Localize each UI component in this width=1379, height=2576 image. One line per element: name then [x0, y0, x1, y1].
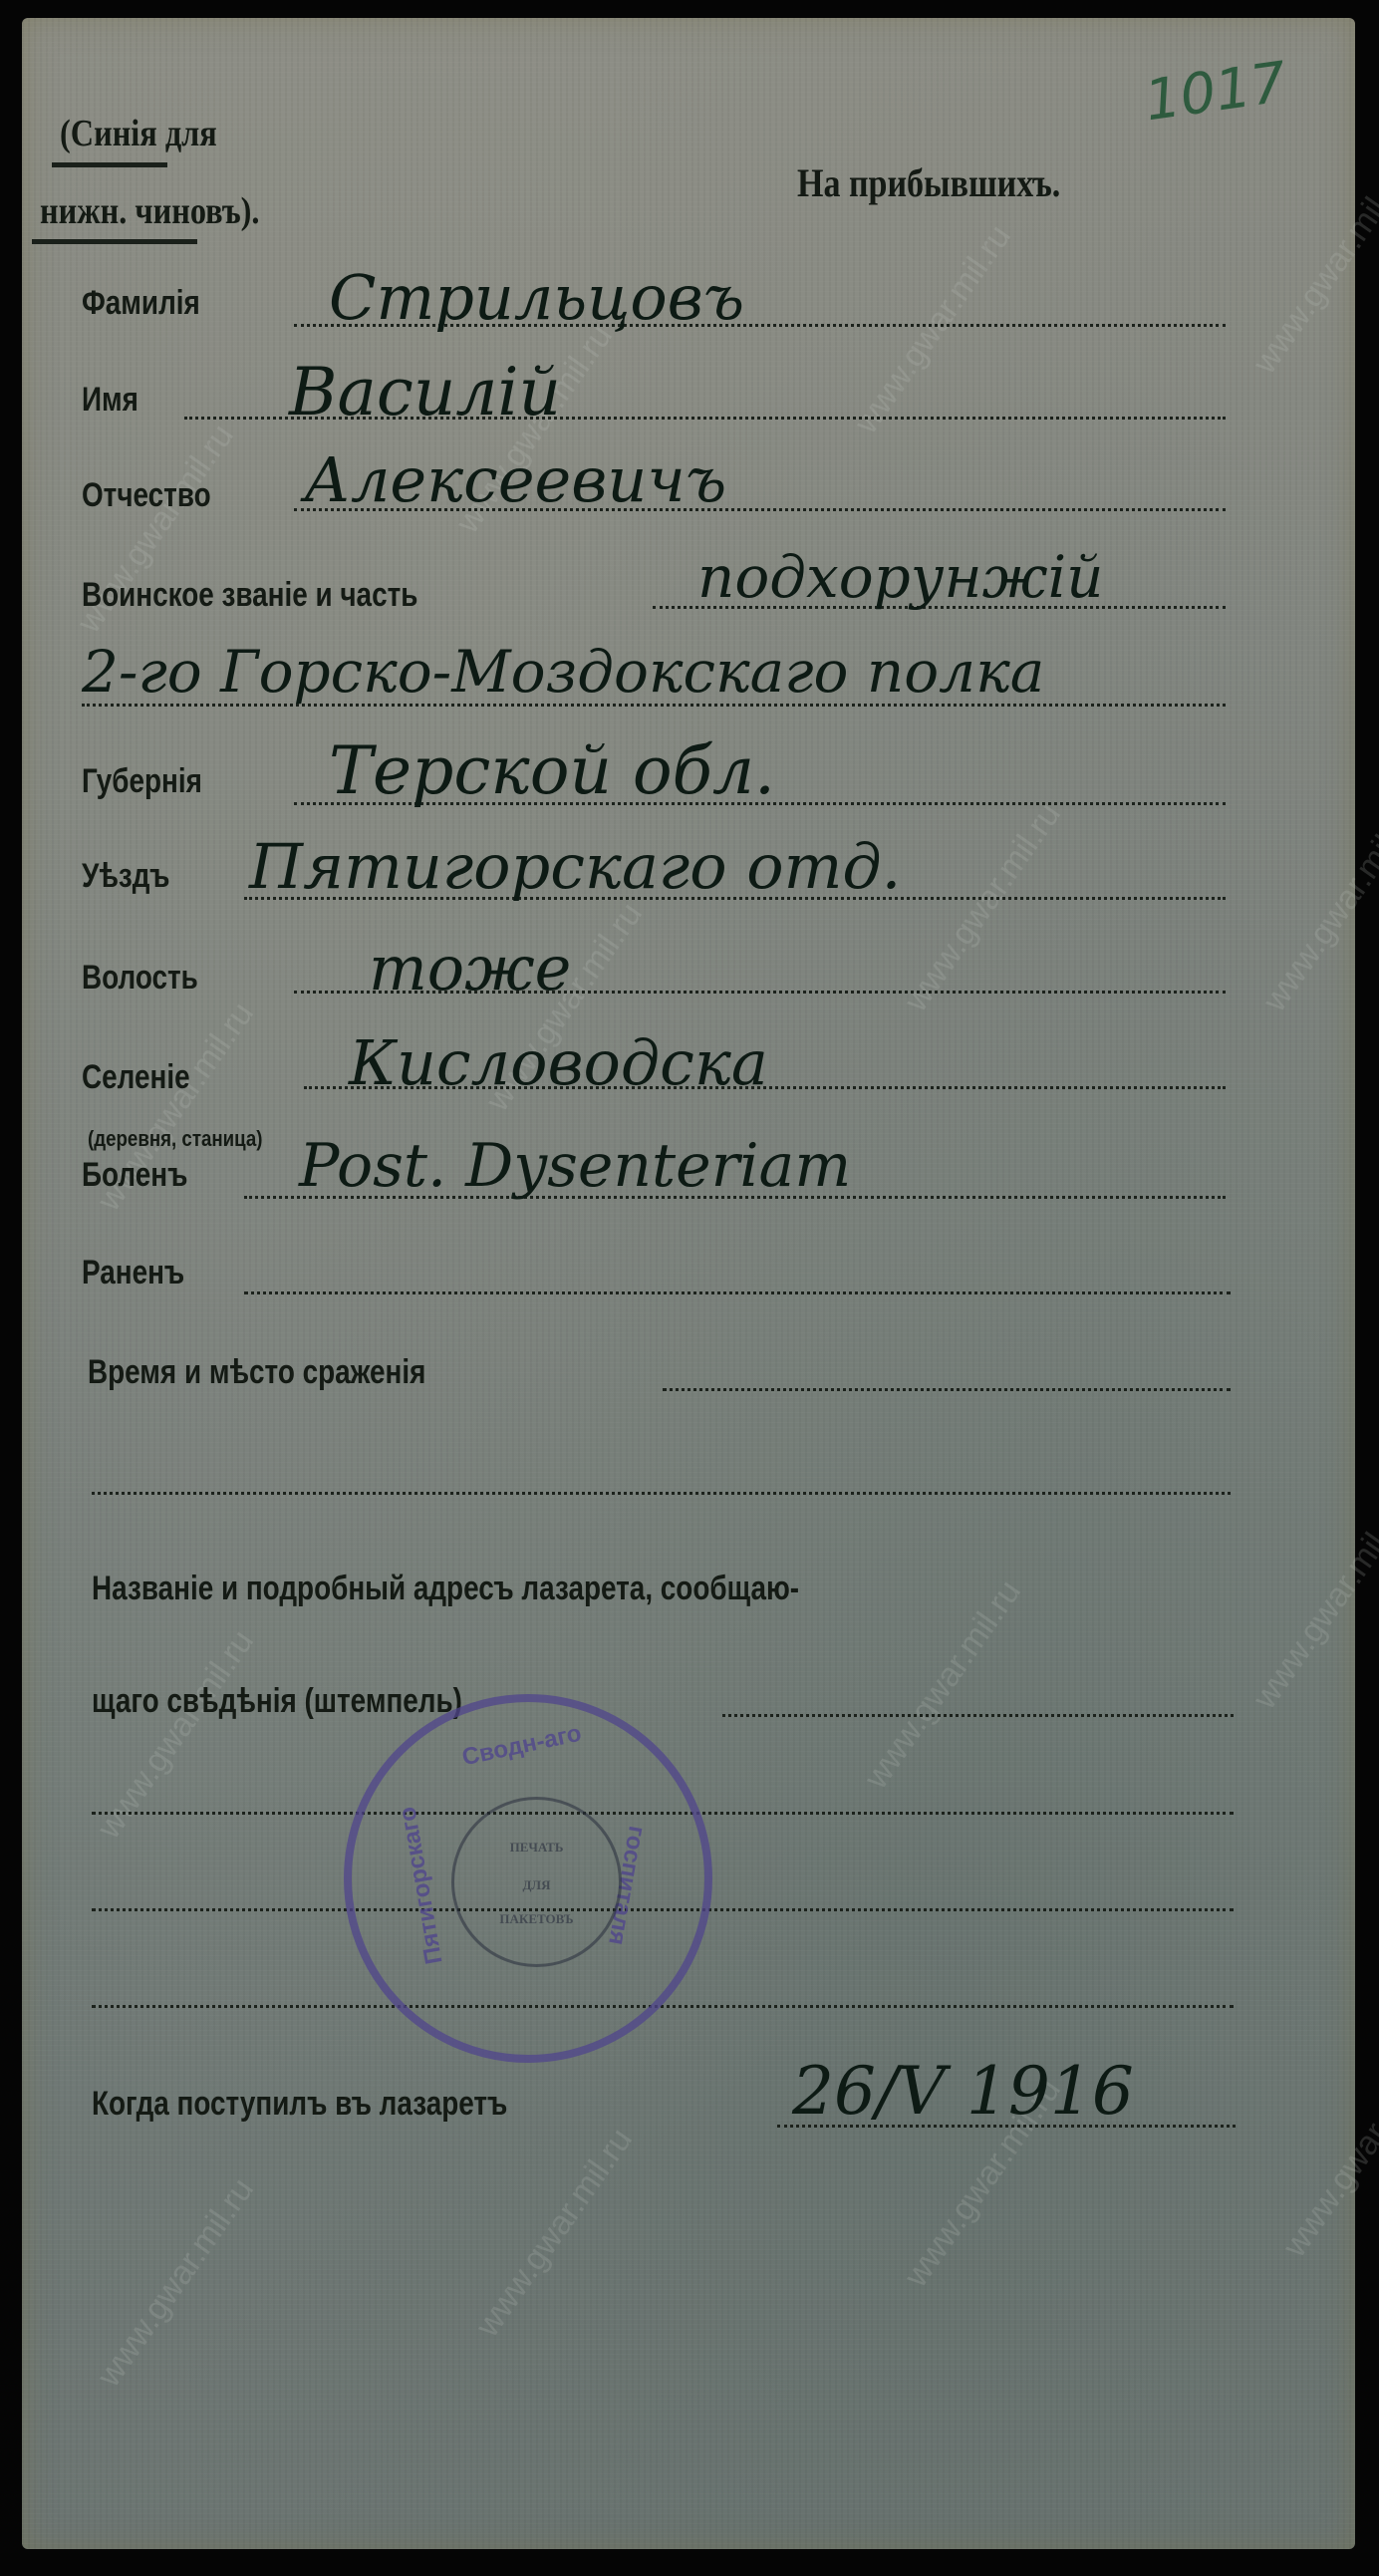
label-hospital-address-line2: щаго свѣдѣнiя (штемпель): [92, 1682, 462, 1721]
line-hospital-4: [92, 2005, 1234, 2008]
label-volost: Волость: [82, 959, 198, 998]
stamp-center-line2: ДЛЯ: [454, 1877, 619, 1893]
value-admission-date: 26/V 1916: [792, 2053, 1134, 2130]
label-surname: Фамилiя: [82, 284, 200, 323]
line-hospital-1: [722, 1714, 1234, 1717]
label-patronymic: Отчество: [82, 476, 211, 515]
value-patronymic: Алексеевичъ: [304, 443, 726, 516]
label-admission-date: Когда поступилъ въ лазаретъ: [92, 2085, 507, 2124]
label-wounded: Раненъ: [82, 1254, 184, 1292]
label-battle: Время и мѣсто сраженiя: [88, 1353, 425, 1392]
header-title: На прибывшихъ.: [797, 159, 1060, 206]
header-form-type-line2: нижн. чиновъ).: [40, 189, 259, 233]
stamp-center-line1: ПЕЧАТЬ: [454, 1840, 619, 1856]
label-first-name: Имя: [82, 381, 138, 420]
header-form-type-line1: (Синiя для: [60, 112, 217, 155]
line-wounded: [244, 1291, 1231, 1294]
value-surname: Стрильцовъ: [329, 261, 744, 334]
label-province: Губернiя: [82, 762, 202, 801]
hospital-stamp: Сводн-аго Пятигорскаго госпиталя ПЕЧАТЬ …: [344, 1694, 712, 2063]
stamp-text-top: Сводн-аго: [459, 1720, 584, 1773]
paper-texture: [22, 18, 1355, 2549]
record-card: [22, 18, 1355, 2549]
stamp-inner-ring: ПЕЧАТЬ ДЛЯ ПАКЕТОВЪ: [451, 1797, 622, 1967]
label-village: Селенiе: [82, 1058, 190, 1097]
label-district: Уѣздъ: [82, 857, 169, 896]
header-underline-2: [32, 239, 197, 244]
stamp-center-line3: ПАКЕТОВЪ: [454, 1911, 619, 1927]
line-battle-2: [92, 1492, 1231, 1495]
label-sick: Боленъ: [82, 1156, 187, 1195]
stamp-text-left: Пятигорскаго: [394, 1805, 448, 1966]
value-sick: Post. Dysenteriam: [299, 1131, 851, 1201]
label-rank-unit: Воинское званiе и часть: [82, 576, 417, 615]
value-unit: 2-го Горско-Моздокскаго полка: [82, 638, 1044, 706]
value-district: Пятигорскаго отд.: [249, 830, 901, 903]
value-province: Терской обл.: [329, 732, 775, 809]
label-hospital-address-line1: Названiе и подробный адресъ лазарета, со…: [92, 1570, 799, 1608]
value-village: Кисловодска: [349, 1026, 768, 1099]
value-volost: тоже: [369, 932, 571, 1004]
value-first-name: Василiй: [289, 354, 561, 430]
label-village-sublabel: (деревня, станица): [88, 1126, 263, 1152]
value-rank: подхорунжiй: [697, 543, 1103, 611]
header-underline-1: [52, 162, 167, 167]
line-battle: [663, 1388, 1231, 1391]
